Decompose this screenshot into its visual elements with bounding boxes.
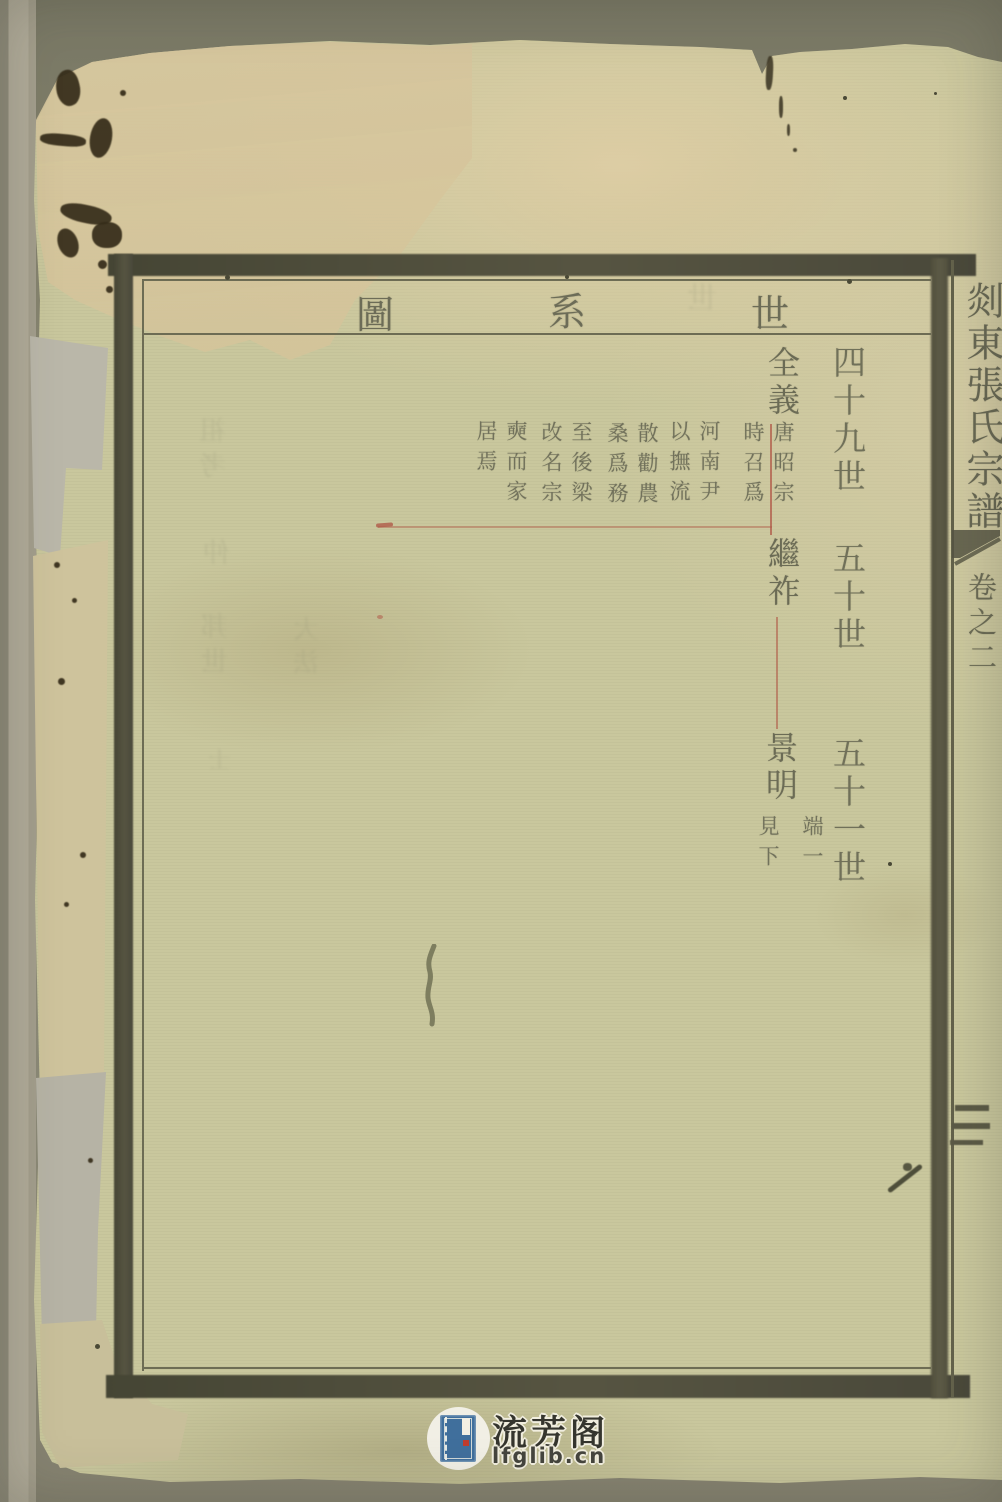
frame-border-top <box>108 254 976 276</box>
person-note: 唐昭宗 時召爲 <box>746 421 798 521</box>
note-band-pair: 奭而家 居焉 <box>481 420 531 520</box>
margin-column-line <box>951 260 954 1397</box>
note-column-left: 居焉 <box>471 420 501 520</box>
person-name-quanyi: 全義 <box>759 346 805 420</box>
note-band-pair: 散勸農 桑爲務 <box>608 422 662 522</box>
generation-label-50: 五十世 <box>824 541 871 655</box>
note-column-right: 散勸農 <box>632 422 662 522</box>
note-column-right: 河南尹 <box>694 420 724 520</box>
generation-label-49: 四十九世 <box>824 345 871 497</box>
frame-border-bottom <box>106 1375 970 1398</box>
bleed-through-ghost-text: 士 <box>205 748 238 779</box>
note-column-left: 時召爲 <box>738 421 768 521</box>
header-title-char: 世 <box>751 283 789 338</box>
header-title-char: 系 <box>548 281 586 336</box>
header-title-char: 圖 <box>356 284 394 339</box>
stitch-hatch-mark <box>952 1123 990 1129</box>
fishtail-mark-icon <box>952 530 1002 568</box>
stitch-hatch-mark <box>950 1140 983 1145</box>
ink-speck <box>565 275 569 279</box>
ink-speck <box>843 96 847 100</box>
note-column-right: 奭而家 <box>501 420 531 520</box>
lineage-line-vertical <box>776 617 778 729</box>
bleed-through-ghost-text: 仲 <box>200 538 239 573</box>
note-band-pair: 河南尹 以撫流 <box>678 420 724 520</box>
ink-speck <box>80 852 86 858</box>
watermark-site-url: lfglib.cn <box>492 1444 606 1468</box>
ink-speck <box>106 286 113 293</box>
bleed-through-ghost-text: 世 <box>684 282 728 320</box>
frame-inner-line-left <box>142 279 144 1371</box>
stitched-book-icon <box>440 1415 476 1462</box>
bleed-through-ghost-text: 祖考 <box>196 416 235 486</box>
scanner-spine-strip <box>0 0 36 1502</box>
ink-drip <box>787 124 790 136</box>
stitch-hatch-mark <box>955 1105 989 1111</box>
book-title: 剡東張氏宗譜 <box>955 281 1002 533</box>
note-column-right: 端一 <box>797 815 827 913</box>
book-red-seal <box>463 1440 469 1446</box>
note-column-left: 桑爲務 <box>602 422 632 522</box>
ink-speck <box>98 260 107 269</box>
ink-speck <box>72 598 77 603</box>
ink-speck <box>64 902 69 907</box>
note-band-pair: 至後梁 改名宗 <box>546 421 596 521</box>
ink-speck <box>95 1344 100 1349</box>
scanned-genealogy-page: 祖考 仲 邦世 大法 世 士 世 系 圖 剡東張氏宗譜 卷之二 四十九世 五十世… <box>0 0 1002 1502</box>
bleed-through-ghost-text: 邦世 <box>198 612 237 682</box>
note-column-left: 以撫流 <box>664 420 694 520</box>
lineage-line-vertical <box>770 424 772 535</box>
frame-inner-line-top <box>143 279 931 281</box>
bleed-through-ghost-text: 大法 <box>290 616 326 682</box>
book-stitching <box>445 1417 447 1460</box>
ink-speck <box>88 1158 93 1163</box>
header-separator-rule <box>144 333 931 335</box>
person-name-jizuo: 繼祚 <box>759 537 805 611</box>
person-name-jingming: 景明 <box>757 731 803 805</box>
ink-speck <box>888 862 892 866</box>
ink-speck <box>847 279 852 284</box>
ink-speck <box>54 562 60 568</box>
ink-speck <box>58 678 65 685</box>
ink-speck <box>120 90 126 96</box>
note-column-right: 唐昭宗 <box>768 421 798 521</box>
person-note: 端一 見下 <box>753 815 827 913</box>
note-column-right: 至後梁 <box>566 421 596 521</box>
squiggle-mark <box>422 944 446 1028</box>
volume-label: 卷之二 <box>961 572 1002 677</box>
frame-border-right <box>931 258 948 1398</box>
ink-speck <box>793 148 797 152</box>
ink-speck <box>903 1163 912 1171</box>
note-column-left: 改名宗 <box>536 421 566 521</box>
ink-drip <box>779 96 783 118</box>
note-column-left: 見下 <box>753 815 783 913</box>
watermark-badge <box>427 1407 490 1470</box>
generation-label-51: 五十一世 <box>824 736 871 888</box>
ink-blot <box>92 222 122 248</box>
lineage-line-horizontal <box>378 526 772 528</box>
red-speck <box>377 615 383 619</box>
frame-border-left <box>114 254 133 1398</box>
ink-speck <box>934 92 937 95</box>
frame-inner-line-bottom <box>143 1367 931 1369</box>
book-title-label <box>462 1418 470 1435</box>
ink-speck <box>225 275 230 280</box>
